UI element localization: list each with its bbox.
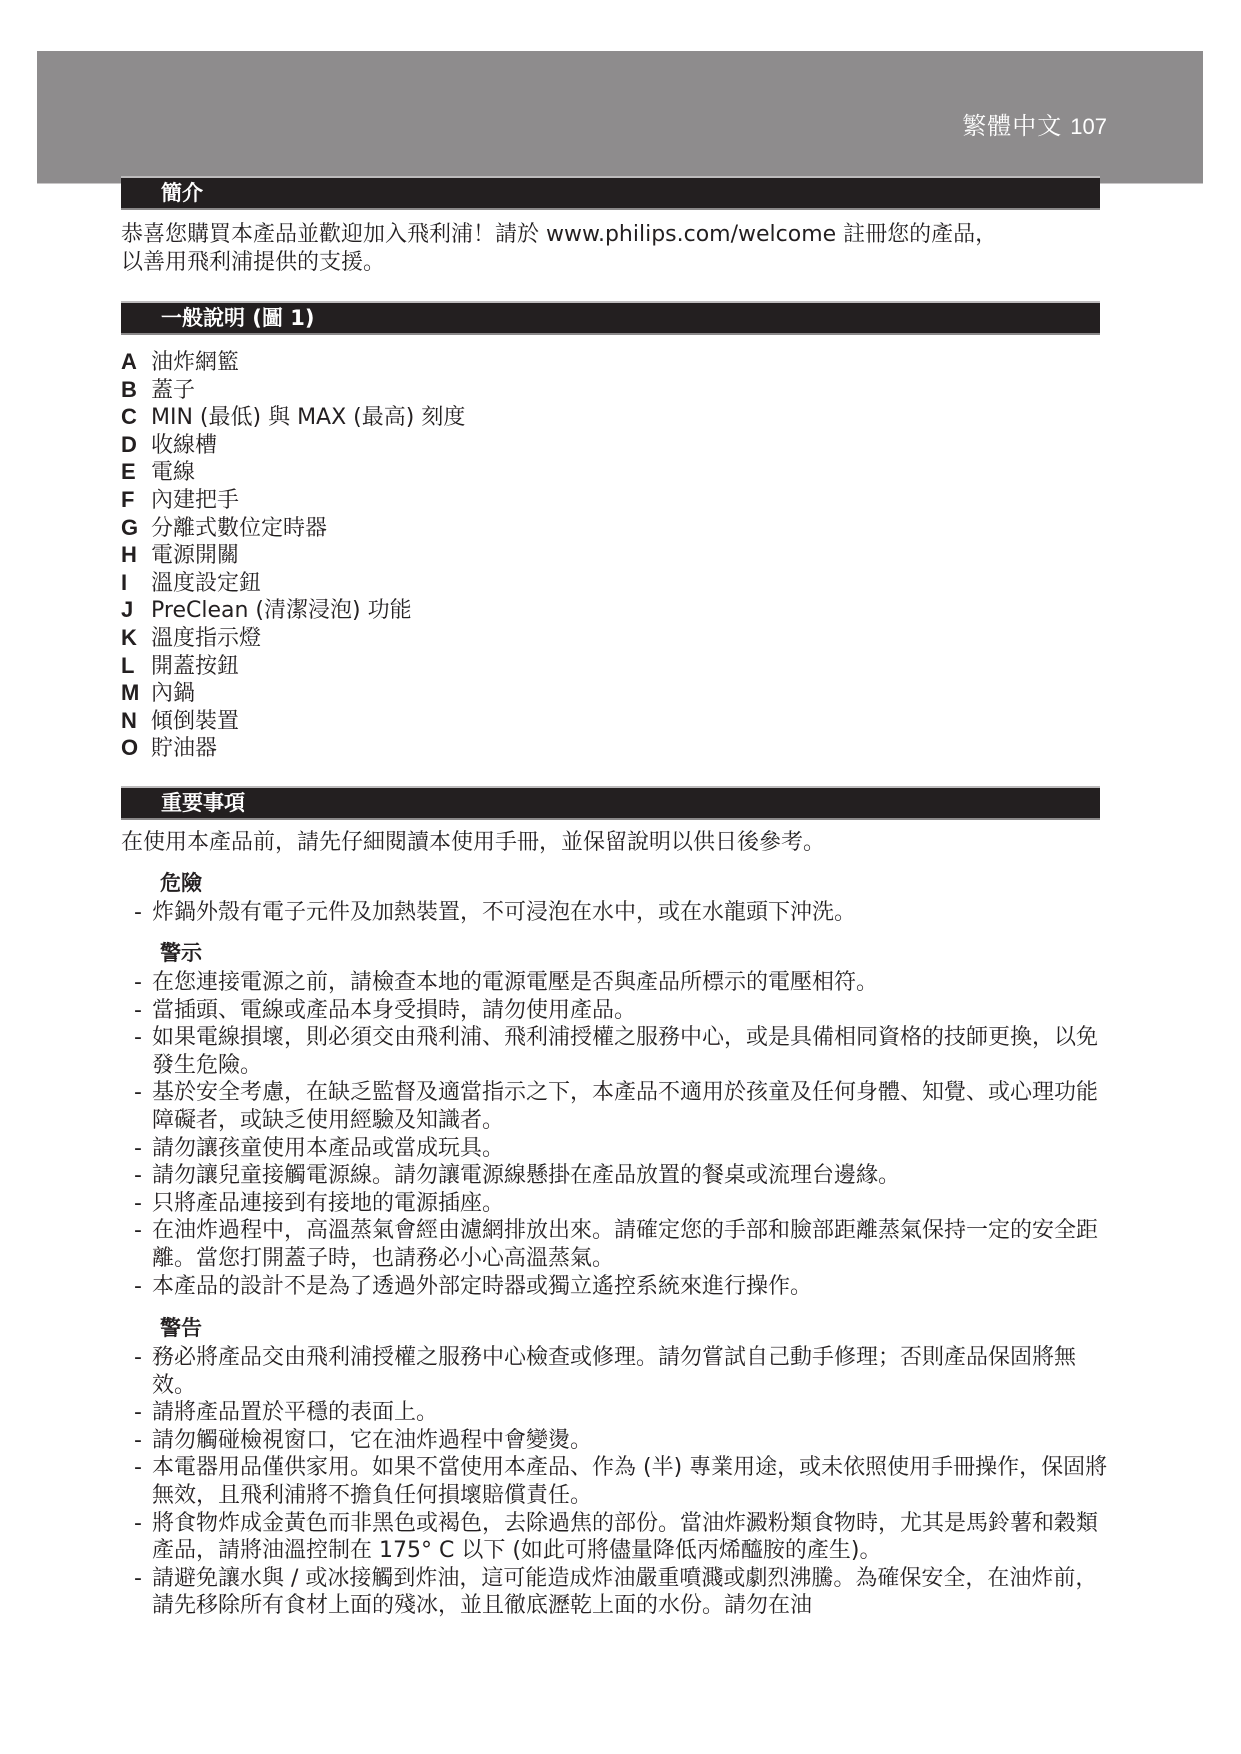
- part-item-f: F內建把手: [121, 486, 465, 514]
- warning-item: 基於安全考慮，在缺乏監督及適當指示之下，本產品不適用於孩童及任何身體、知覺、或心…: [132, 1079, 1112, 1134]
- warning-item: 只將產品連接到有接地的電源插座。: [132, 1190, 1112, 1218]
- part-item-d: D收線槽: [121, 431, 465, 459]
- page-number: 107: [1070, 114, 1107, 139]
- part-item-b: B蓋子: [121, 376, 465, 404]
- danger-heading: 危險: [160, 869, 202, 897]
- caution-item: 將食物炸成金黃色而非黑色或褐色，去除過焦的部份。當油炸澱粉類食物時，尤其是馬鈴薯…: [132, 1510, 1112, 1565]
- danger-item: 炸鍋外殼有電子元件及加熱裝置，不可浸泡在水中，或在水龍頭下沖洗。: [132, 899, 1112, 927]
- language-label: 繁體中文: [962, 112, 1062, 140]
- caution-item: 務必將產品交由飛利浦授權之服務中心檢查或修理。請勿嘗試自己動手修理；否則產品保固…: [132, 1344, 1112, 1399]
- warning-item: 在您連接電源之前，請檢查本地的電源電壓是否與產品所標示的電壓相符。: [132, 969, 1112, 997]
- caution-item: 請勿觸碰檢視窗口，它在油炸過程中會變燙。: [132, 1427, 1112, 1455]
- warning-item: 當插頭、電線或產品本身受損時，請勿使用產品。: [132, 997, 1112, 1025]
- part-item-h: H電源開關: [121, 541, 465, 569]
- caution-heading: 警告: [160, 1314, 202, 1342]
- caution-list: 務必將產品交由飛利浦授權之服務中心檢查或修理。請勿嘗試自己動手修理；否則產品保固…: [132, 1344, 1112, 1620]
- caution-item: 請避免讓水與 / 或冰接觸到炸油，這可能造成炸油嚴重噴濺或劇烈沸騰。為確保安全，…: [132, 1565, 1112, 1620]
- part-item-m: M內鍋: [121, 679, 465, 707]
- part-item-g: G分離式數位定時器: [121, 514, 465, 542]
- parts-list: A油炸網籃 B蓋子 CMIN (最低) 與 MAX (最高) 刻度 D收線槽 E…: [121, 348, 465, 762]
- intro-paragraph: 恭喜您購買本產品並歡迎加入飛利浦！請於 www.philips.com/welc…: [121, 221, 1111, 277]
- part-item-a: A油炸網籃: [121, 348, 465, 376]
- section-heading-general: 一般說明 (圖 1): [121, 301, 1100, 335]
- part-item-l: L開蓋按鈕: [121, 652, 465, 680]
- section-heading-important: 重要事項: [121, 786, 1100, 820]
- danger-list: 炸鍋外殼有電子元件及加熱裝置，不可浸泡在水中，或在水龍頭下沖洗。: [132, 899, 1112, 927]
- part-item-c: CMIN (最低) 與 MAX (最高) 刻度: [121, 403, 465, 431]
- warning-item: 如果電線損壞，則必須交由飛利浦、飛利浦授權之服務中心，或是具備相同資格的技師更換…: [132, 1024, 1112, 1079]
- warning-item: 在油炸過程中，高溫蒸氣會經由濾網排放出來。請確定您的手部和臉部距離蒸氣保持一定的…: [132, 1217, 1112, 1272]
- caution-item: 請將產品置於平穩的表面上。: [132, 1399, 1112, 1427]
- part-item-o: O貯油器: [121, 734, 465, 762]
- caution-item: 本電器用品僅供家用。如果不當使用本產品、作為 (半) 專業用途，或未依照使用手冊…: [132, 1454, 1112, 1509]
- page-header-label: 繁體中文107: [962, 110, 1107, 143]
- warning-item: 請勿讓孩童使用本產品或當成玩具。: [132, 1135, 1112, 1163]
- part-item-n: N傾倒裝置: [121, 707, 465, 735]
- part-item-e: E電線: [121, 458, 465, 486]
- warning-item: 請勿讓兒童接觸電源線。請勿讓電源線懸掛在產品放置的餐桌或流理台邊緣。: [132, 1162, 1112, 1190]
- part-item-i: I溫度設定鈕: [121, 569, 465, 597]
- warning-list: 在您連接電源之前，請檢查本地的電源電壓是否與產品所標示的電壓相符。 當插頭、電線…: [132, 969, 1112, 1300]
- section-heading-intro: 簡介: [121, 176, 1100, 210]
- warning-heading: 警示: [160, 939, 202, 967]
- warning-item: 本產品的設計不是為了透過外部定時器或獨立遙控系統來進行操作。: [132, 1273, 1112, 1301]
- part-item-k: K溫度指示燈: [121, 624, 465, 652]
- part-item-j: JPreClean (清潔浸泡) 功能: [121, 596, 465, 624]
- important-intro: 在使用本產品前，請先仔細閱讀本使用手冊，並保留說明以供日後參考。: [121, 829, 1111, 857]
